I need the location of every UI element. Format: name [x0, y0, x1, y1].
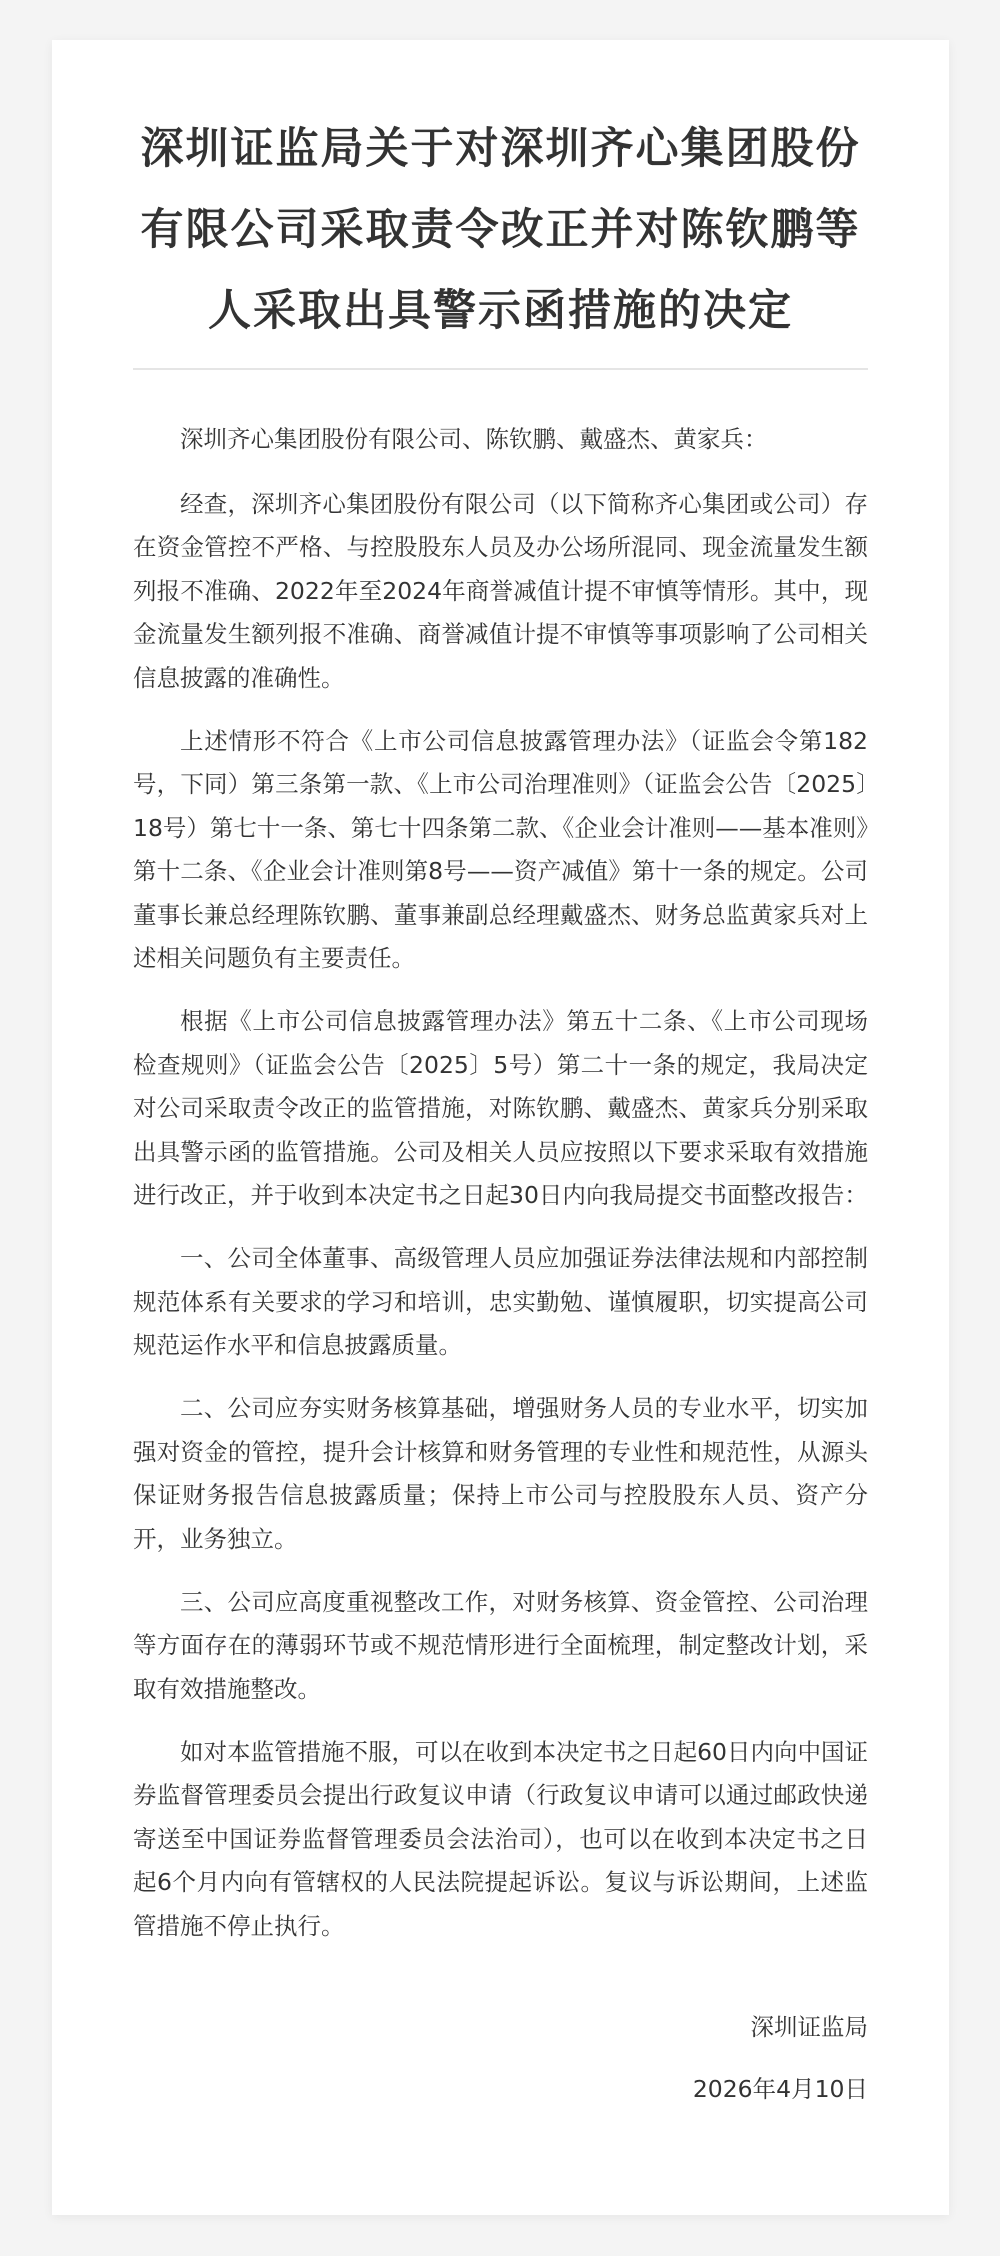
paragraph-requirement-1: 一、公司全体董事、高级管理人员应加强证券法律法规和内部控制规范体系有关要求的学习… [133, 1237, 868, 1368]
paragraph-requirement-3: 三、公司应高度重视整改工作，对财务核算、资金管控、公司治理等方面存在的薄弱环节或… [133, 1581, 868, 1712]
document-title: 深圳证监局关于对深圳齐心集团股份有限公司采取责令改正并对陈钦鹏等人采取出具警示函… [133, 109, 868, 352]
paragraph-decision: 根据《上市公司信息披露管理办法》第五十二条、《上市公司现场检查规则》（证监会公告… [133, 1000, 868, 1218]
greeting: 深圳齐心集团股份有限公司、陈钦鹏、戴盛杰、黄家兵： [133, 418, 868, 462]
issuer-signature: 深圳证监局 [133, 2006, 868, 2050]
title-divider [133, 368, 868, 370]
paragraph-findings: 经查，深圳齐心集团股份有限公司（以下简称齐心集团或公司）存在资金管控不严格、与控… [133, 483, 868, 701]
issue-date: 2026年4月10日 [133, 2068, 868, 2112]
paragraph-appeal: 如对本监管措施不服，可以在收到本决定书之日起60日内向中国证券监督管理委员会提出… [133, 1731, 868, 1949]
document-card: 深圳证监局关于对深圳齐心集团股份有限公司采取责令改正并对陈钦鹏等人采取出具警示函… [52, 40, 949, 2215]
paragraph-violations: 上述情形不符合《上市公司信息披露管理办法》（证监会令第182号，下同）第三条第一… [133, 720, 868, 981]
paragraph-requirement-2: 二、公司应夯实财务核算基础，增强财务人员的专业水平，切实加强对资金的管控，提升会… [133, 1387, 868, 1561]
document-body: 深圳齐心集团股份有限公司、陈钦鹏、戴盛杰、黄家兵： 经查，深圳齐心集团股份有限公… [133, 418, 868, 1948]
